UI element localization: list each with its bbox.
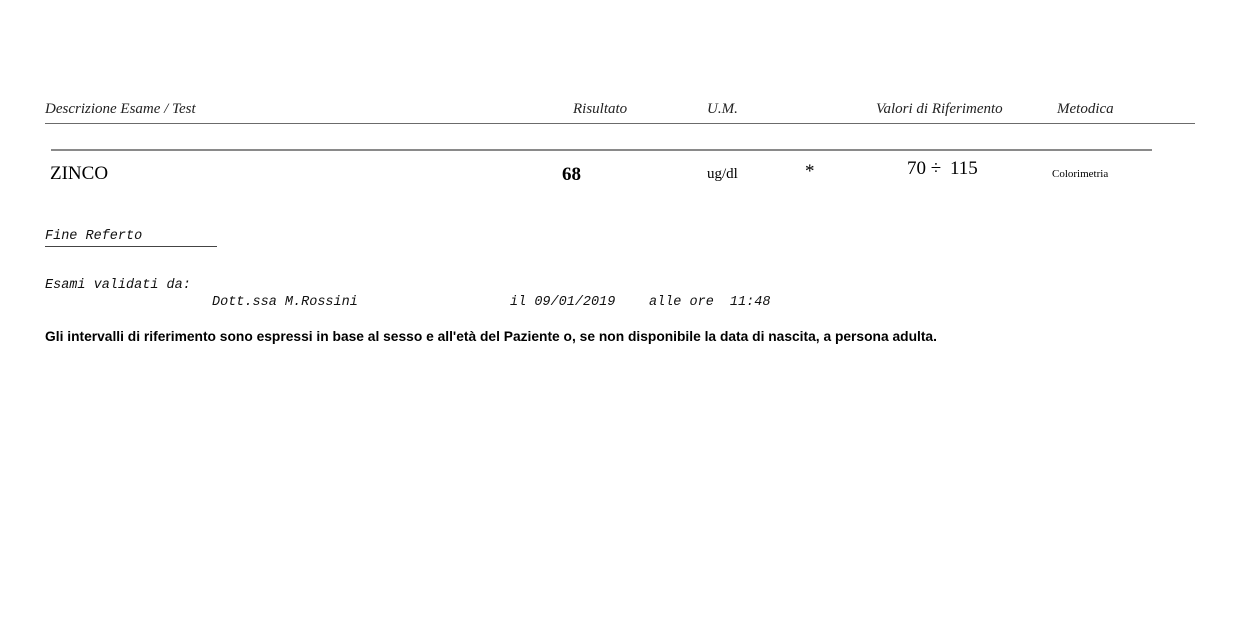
- validated-by-label: Esami validati da:: [45, 278, 191, 293]
- column-header-unit: U.M.: [707, 101, 738, 118]
- date-prefix: il: [510, 295, 526, 310]
- column-header-method: Metodica: [1057, 101, 1114, 118]
- validation-time: alle ore 11:48: [649, 295, 770, 310]
- test-unit: ug/dl: [707, 166, 738, 183]
- reference-high: 115: [950, 158, 978, 179]
- end-of-report-label: Fine Referto: [45, 229, 142, 244]
- column-header-description: Descrizione Esame / Test: [45, 101, 196, 118]
- reference-interval-note: Gli intervalli di riferimento sono espre…: [45, 329, 937, 344]
- section-divider: [51, 149, 1152, 151]
- reference-range: 70 ÷ 115: [907, 158, 978, 180]
- out-of-range-flag: *: [805, 161, 815, 183]
- test-method: Colorimetria: [1052, 168, 1108, 180]
- reference-separator: ÷: [931, 158, 941, 179]
- validation-date: il 09/01/2019: [510, 295, 615, 310]
- column-header-result: Risultato: [573, 101, 627, 118]
- time-prefix: alle ore: [649, 295, 714, 310]
- validator-name: Dott.ssa M.Rossini: [212, 295, 358, 310]
- column-header-reference: Valori di Riferimento: [876, 101, 1003, 118]
- header-divider: [45, 123, 1195, 124]
- end-of-report-underline: [45, 246, 217, 247]
- test-name: ZINCO: [50, 163, 108, 185]
- time-value: 11:48: [730, 295, 771, 310]
- reference-low: 70: [907, 158, 926, 179]
- test-result: 68: [562, 164, 581, 186]
- date-value: 09/01/2019: [534, 295, 615, 310]
